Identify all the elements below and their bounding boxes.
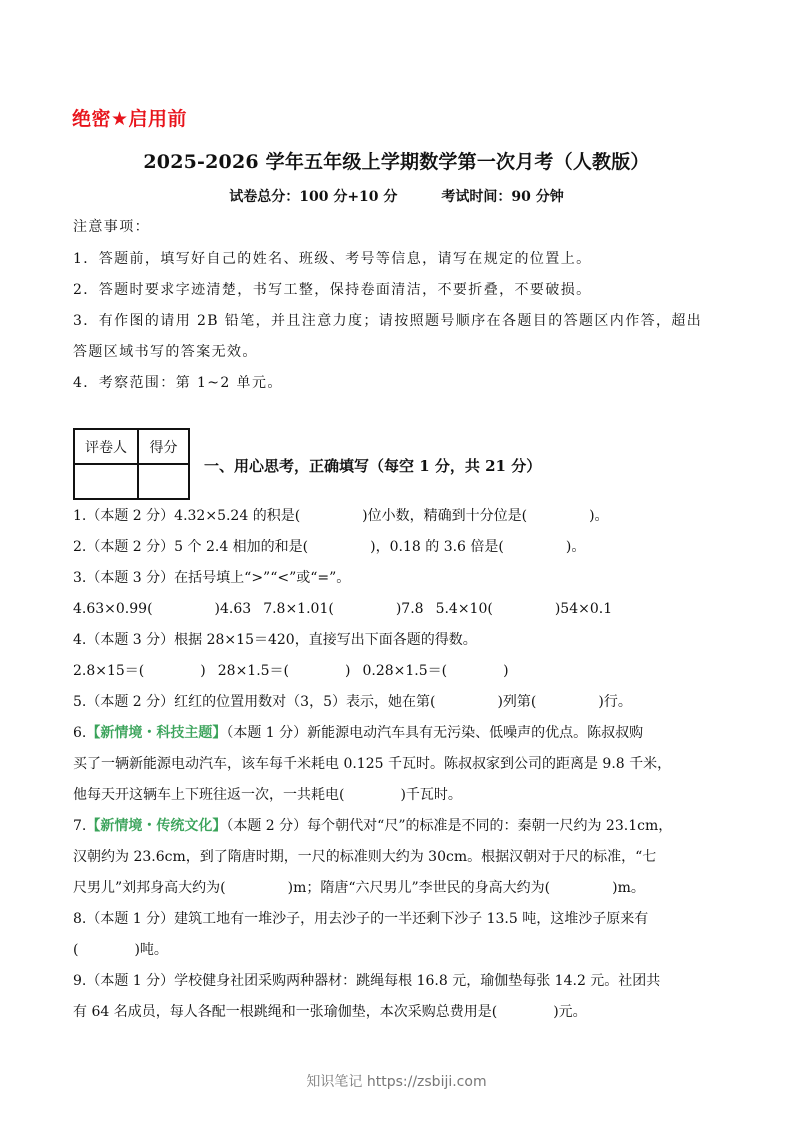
q7-line-1: （本题 2 分）每个朝代对“尺”的标准是不同的：秦朝一尺约为 23.1cm， <box>226 818 672 834</box>
q7-tag: 【新情境・传统文化】 <box>86 818 226 834</box>
q8-line-2a: ( <box>73 942 78 958</box>
question-7: 7.【新情境・传统文化】（本题 2 分）每个朝代对“尺”的标准是不同的：秦朝一尺… <box>73 816 672 836</box>
q6-number: 6. <box>73 725 86 741</box>
question-1: 1.（本题 2 分）4.32×5.24 的积是()位小数，精确到十分位是()。 <box>73 506 609 526</box>
q5-text-b: )列第( <box>497 694 536 710</box>
page-title: 2025-2026 学年五年级上学期数学第一次月考（人教版） <box>0 147 793 174</box>
q3-item-2-left: 7.8×1.01( <box>263 601 334 617</box>
question-8: 8.（本题 1 分）建筑工地有一堆沙子，用去沙子的一半还剩下沙子 13.5 吨，… <box>73 909 648 929</box>
q6-tag: 【新情境・科技主题】 <box>86 725 226 741</box>
question-7-line-2: 汉朝约为 23.6cm，到了隋唐时期，一尺的标准则大约为 30cm。根据汉朝对于… <box>73 847 656 867</box>
section-title: 一、用心思考，正确填写（每空 1 分，共 21 分） <box>204 455 541 476</box>
q7-line-3b: )m；隋唐“六尺男儿”李世民的身高大约为( <box>288 880 551 896</box>
q9-line-2a: 有 64 名成员，每人各配一根跳绳和一张瑜伽垫，本次采购总费用是( <box>73 1004 497 1020</box>
q4-item-1-left: 2.8×15＝( <box>73 663 144 679</box>
q6-line-1: （本题 1 分）新能源电动汽车具有无污染、低噪声的优点。陈叔叔购 <box>226 725 643 741</box>
q7-line-3a: 尺男儿”刘邦身高大约为( <box>73 880 226 896</box>
q3-item-3-right: )54×0.1 <box>555 601 612 617</box>
question-4-items: 2.8×15＝()28×1.5＝()0.28×1.5＝() <box>73 661 509 681</box>
q2-text-c: )。 <box>566 539 585 555</box>
q4-item-3-left: 0.28×1.5＝( <box>363 663 448 679</box>
grader-header: 评卷人 <box>74 429 138 464</box>
exam-time: 考试时间：90 分钟 <box>441 189 563 205</box>
q5-text-c: )行。 <box>598 694 631 710</box>
notice-heading: 注意事项： <box>73 217 150 237</box>
question-3-items: 4.63×0.99()4.637.8×1.01()7.85.4×10()54×0… <box>73 599 612 619</box>
question-6-line-3: 他每天开这辆车上下班往返一次，一共耗电()千瓦时。 <box>73 785 462 805</box>
q4-item-1-right: ) <box>200 663 205 679</box>
q7-number: 7. <box>73 818 86 834</box>
q1-text-b: )位小数，精确到十分位是( <box>362 508 527 524</box>
question-3: 3.（本题 3 分）在括号填上“>”“<”或“=”。 <box>73 568 350 588</box>
q4-item-3-right: ) <box>503 663 508 679</box>
q8-line-2b: )吨。 <box>134 942 167 958</box>
q3-item-2-right: )7.8 <box>396 601 424 617</box>
notice-item: 答题区域书写的答案无效。 <box>73 342 258 362</box>
q2-text-b: )，0.18 的 3.6 倍是( <box>370 539 504 555</box>
q6-line-3a: 他每天开这辆车上下班往返一次，一共耗电( <box>73 787 344 803</box>
q2-text-a: 2.（本题 2 分）5 个 2.4 相加的和是( <box>73 539 308 555</box>
q5-text-a: 5.（本题 2 分）红红的位置用数对（3，5）表示，她在第( <box>73 694 435 710</box>
question-9-line-2: 有 64 名成员，每人各配一根跳绳和一张瑜伽垫，本次采购总费用是()元。 <box>73 1002 587 1022</box>
q3-item-3-left: 5.4×10( <box>436 601 493 617</box>
q4-item-2-right: ) <box>345 663 350 679</box>
question-9: 9.（本题 1 分）学校健身社团采购两种器材：跳绳每根 16.8 元，瑜伽垫每张… <box>73 971 660 991</box>
question-2: 2.（本题 2 分）5 个 2.4 相加的和是()，0.18 的 3.6 倍是(… <box>73 537 585 557</box>
question-5: 5.（本题 2 分）红红的位置用数对（3，5）表示，她在第()列第()行。 <box>73 692 632 712</box>
question-6: 6.【新情境・科技主题】（本题 1 分）新能源电动汽车具有无污染、低噪声的优点。… <box>73 723 643 743</box>
q7-line-3c: )m。 <box>612 880 645 896</box>
question-6-line-2: 买了一辆新能源电动汽车，该车每千米耗电 0.125 千瓦时。陈叔叔家到公司的距离… <box>73 754 671 774</box>
q6-line-3b: )千瓦时。 <box>400 787 461 803</box>
notice-item: 1．答题前，填写好自己的姓名、班级、考号等信息，请写在规定的位置上。 <box>73 249 592 269</box>
total-score: 试卷总分：100 分+10 分 <box>229 189 397 205</box>
exam-info: 试卷总分：100 分+10 分考试时间：90 分钟 <box>0 186 793 206</box>
confidential-label: 绝密★启用前 <box>72 104 187 131</box>
score-table: 评卷人 得分 <box>73 428 190 500</box>
q4-item-2-left: 28×1.5＝( <box>218 663 289 679</box>
watermark-footer: 知识笔记 https://zsbiji.com <box>0 1071 793 1091</box>
grader-cell[interactable] <box>74 464 138 499</box>
q1-text-a: 1.（本题 2 分）4.32×5.24 的积是( <box>73 508 300 524</box>
question-4: 4.（本题 3 分）根据 28×15＝420，直接写出下面各题的得数。 <box>73 630 477 650</box>
question-8-line-2: ()吨。 <box>73 940 168 960</box>
q3-item-1-left: 4.63×0.99( <box>73 601 153 617</box>
notice-item: 3．有作图的请用 2B 铅笔，并且注意力度；请按照题号顺序在各题目的答题区内作答… <box>73 311 702 331</box>
q3-item-1-right: )4.63 <box>215 601 252 617</box>
notice-item: 2．答题时要求字迹清楚，书写工整，保持卷面清洁，不要折叠，不要破损。 <box>73 280 592 300</box>
score-header: 得分 <box>138 429 189 464</box>
q1-text-c: )。 <box>589 508 608 524</box>
score-cell[interactable] <box>138 464 189 499</box>
question-7-line-3: 尺男儿”刘邦身高大约为()m；隋唐“六尺男儿”李世民的身高大约为()m。 <box>73 878 645 898</box>
q9-line-2b: )元。 <box>553 1004 586 1020</box>
notice-item: 4．考察范围：第 1~2 单元。 <box>73 373 283 393</box>
